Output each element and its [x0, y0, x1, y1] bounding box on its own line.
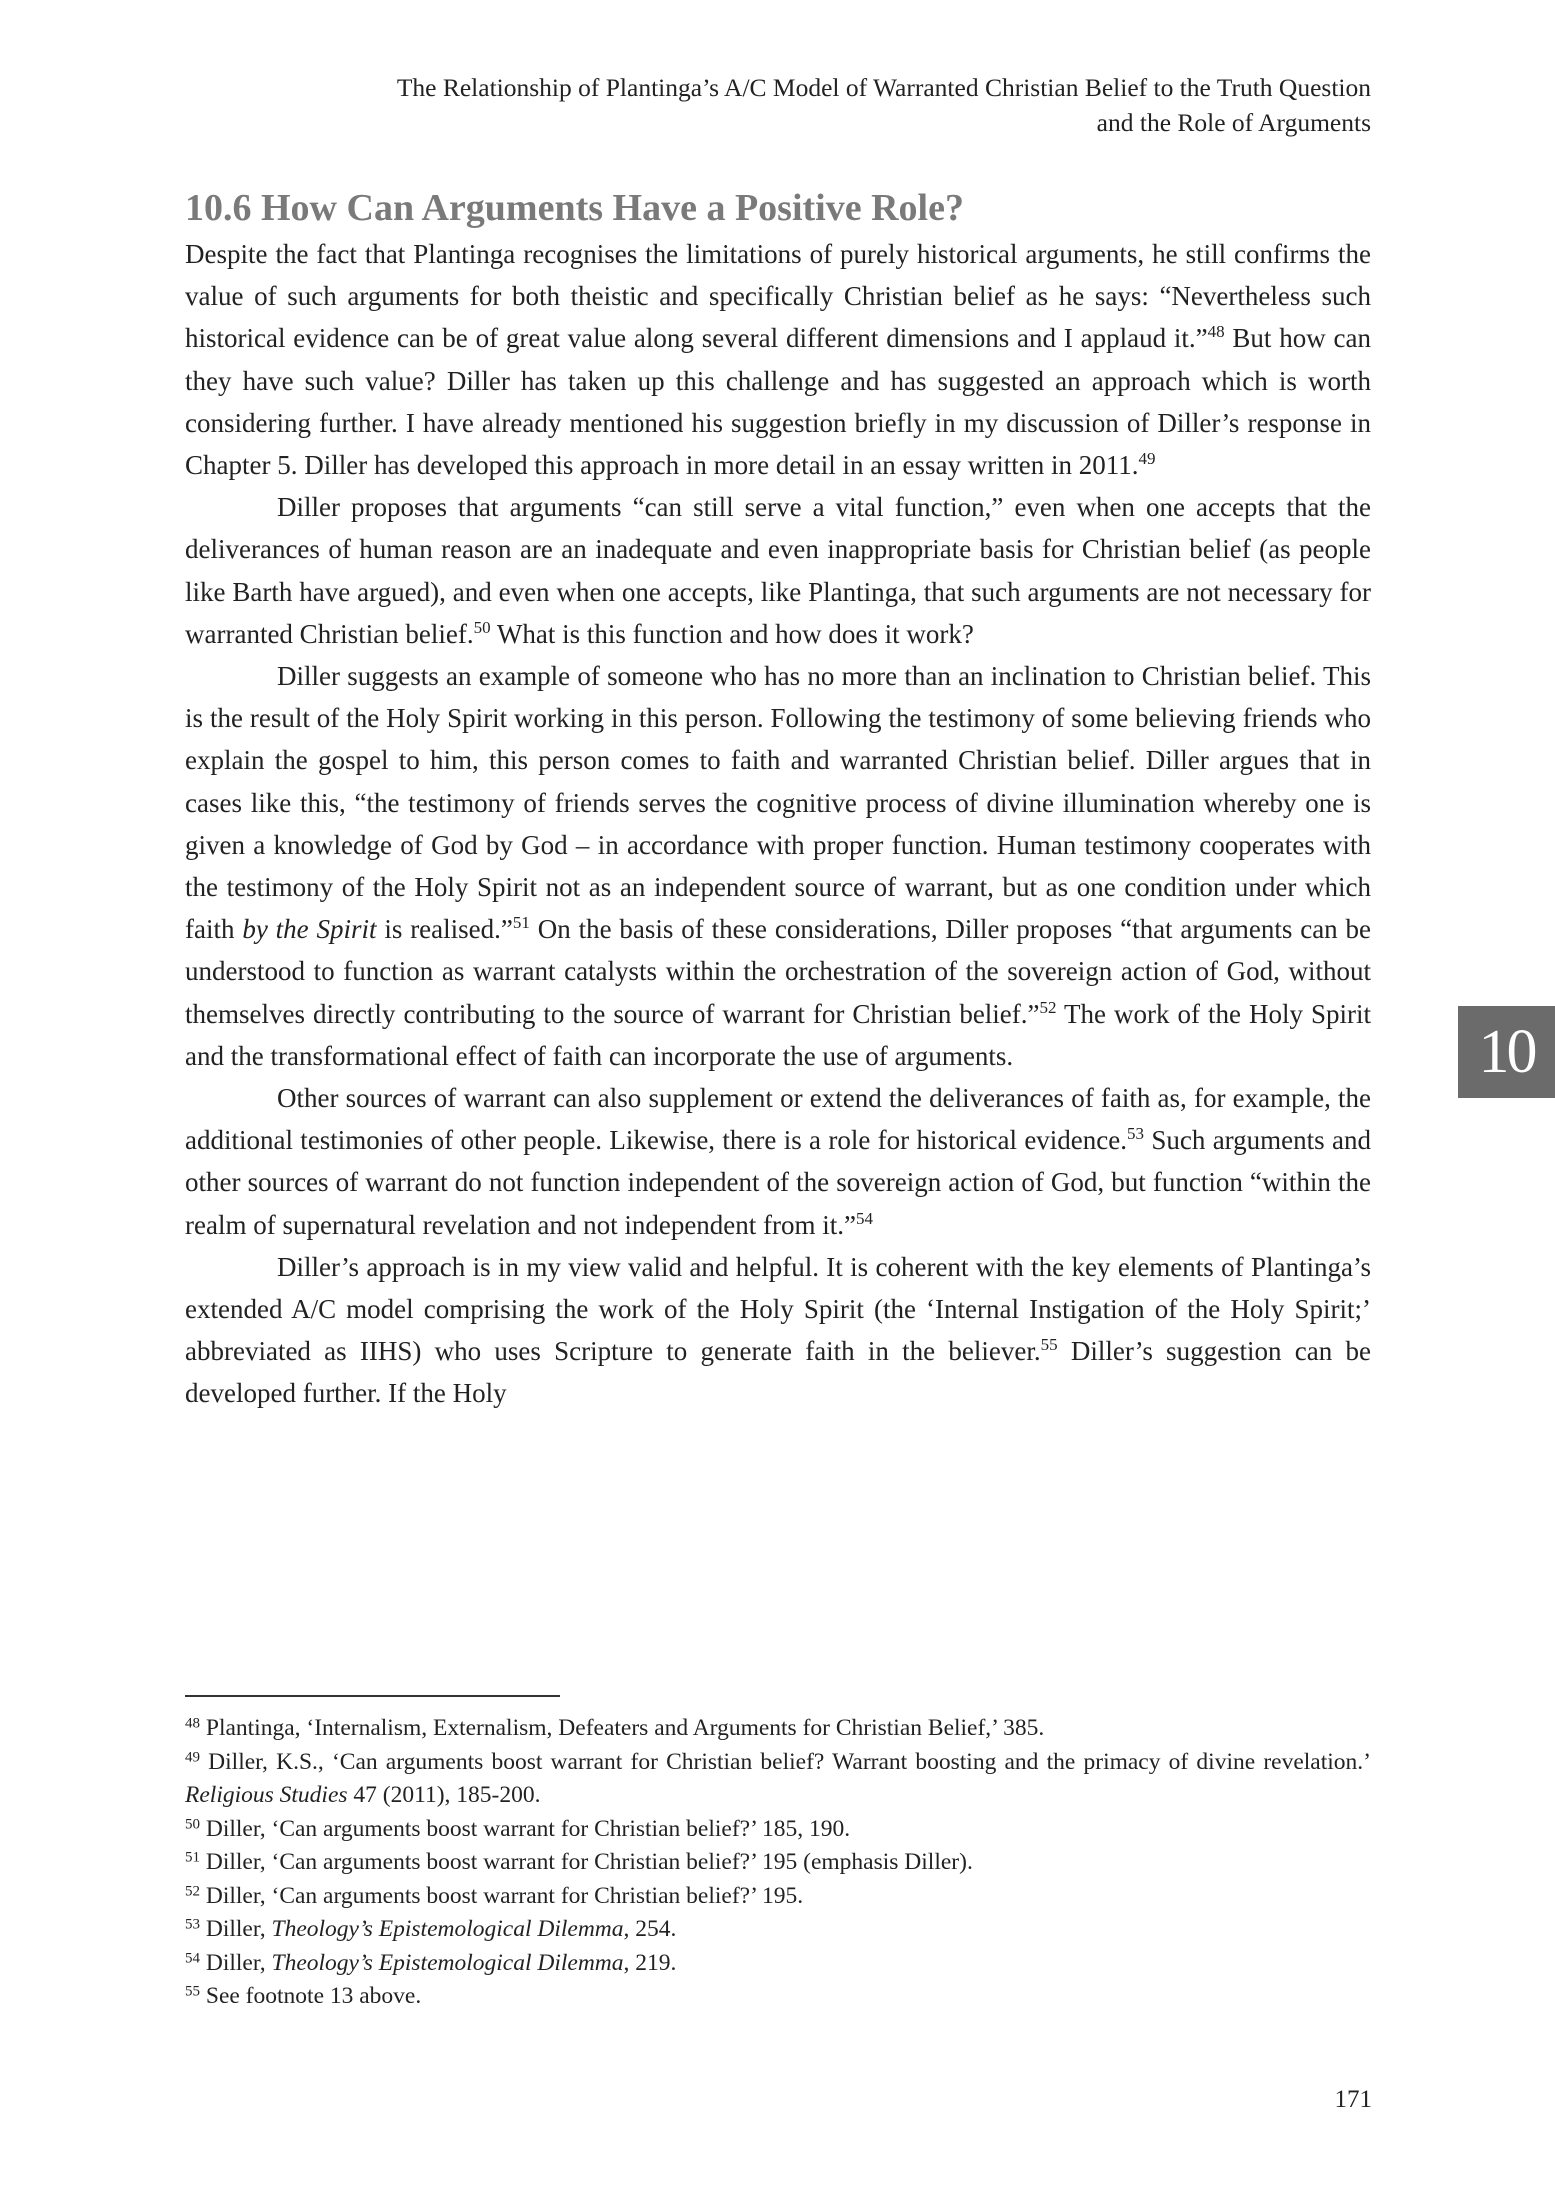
text-run: , 219.: [624, 1950, 677, 1976]
paragraph: Diller suggests an example of someone wh…: [185, 655, 1371, 1077]
italic-text: Theology’s Epistemological Dilemma: [272, 1916, 624, 1942]
footnote-number: 49: [185, 1749, 200, 1765]
text-run: , 254.: [624, 1916, 677, 1942]
footnote-number: 51: [185, 1850, 200, 1866]
document-page: The Relationship of Plantinga’s A/C Mode…: [0, 0, 1555, 2196]
text-run: Diller, ‘Can arguments boost warrant for…: [200, 1849, 973, 1875]
text-run: Diller, ‘Can arguments boost warrant for…: [200, 1816, 850, 1842]
text-run: Diller,: [200, 1950, 272, 1976]
paragraph: Diller proposes that arguments “can stil…: [185, 486, 1371, 655]
body-text: Despite the fact that Plantinga recognis…: [185, 233, 1371, 1415]
footnote-number: 54: [185, 1950, 200, 1966]
footnote-ref[interactable]: 52: [1040, 997, 1057, 1016]
footnote-ref[interactable]: 54: [856, 1208, 873, 1227]
page-number: 171: [1300, 2086, 1372, 2114]
footnote-separator: [185, 1695, 560, 1697]
footnote-number: 55: [185, 1984, 200, 2000]
paragraph: Diller’s approach is in my view valid an…: [185, 1246, 1371, 1415]
section-heading: 10.6 How Can Arguments Have a Positive R…: [185, 183, 1371, 233]
italic-text: Religious Studies: [185, 1782, 348, 1808]
footnote: 55 See footnote 13 above.: [185, 1980, 1371, 2014]
text-run: Diller, ‘Can arguments boost warrant for…: [200, 1883, 803, 1909]
footnote-ref[interactable]: 48: [1208, 322, 1225, 341]
running-header-line-2: and the Role of Arguments: [185, 105, 1371, 140]
footnote: 51 Diller, ‘Can arguments boost warrant …: [185, 1846, 1371, 1880]
text-run: What is this function and how does it wo…: [491, 619, 974, 649]
footnote: 50 Diller, ‘Can arguments boost warrant …: [185, 1813, 1371, 1847]
text-run: Plantinga, ‘Internalism, Externalism, De…: [200, 1715, 1044, 1741]
footnote-ref[interactable]: 55: [1041, 1335, 1058, 1354]
text-run: 47 (2011), 185-200.: [348, 1782, 541, 1808]
footnote: 52 Diller, ‘Can arguments boost warrant …: [185, 1880, 1371, 1914]
paragraph: Other sources of warrant can also supple…: [185, 1077, 1371, 1246]
chapter-tab-number: 10: [1479, 1017, 1535, 1088]
paragraph: Despite the fact that Plantinga recognis…: [185, 233, 1371, 486]
footnote: 49 Diller, K.S., ‘Can arguments boost wa…: [185, 1746, 1371, 1813]
italic-text: Theology’s Epistemological Dilemma: [272, 1950, 624, 1976]
footnote-number: 48: [185, 1716, 200, 1732]
footnote-number: 50: [185, 1816, 200, 1832]
running-header: The Relationship of Plantinga’s A/C Mode…: [185, 70, 1371, 140]
footnote-ref[interactable]: 53: [1127, 1124, 1144, 1143]
footnote: 53 Diller, Theology’s Epistemological Di…: [185, 1913, 1371, 1947]
footnote-number: 53: [185, 1917, 200, 1933]
running-header-line-1: The Relationship of Plantinga’s A/C Mode…: [185, 70, 1371, 105]
footnote-ref[interactable]: 49: [1139, 449, 1156, 468]
text-run: Diller suggests an example of someone wh…: [185, 661, 1371, 944]
footnote: 48 Plantinga, ‘Internalism, Externalism,…: [185, 1712, 1371, 1746]
text-run: See footnote 13 above.: [200, 1983, 421, 2009]
text-run: Diller,: [200, 1916, 272, 1942]
footnote-ref[interactable]: 51: [513, 913, 530, 932]
text-run: Diller, K.S., ‘Can arguments boost warra…: [200, 1749, 1371, 1775]
text-run: is realised.”: [377, 914, 513, 944]
chapter-tab: 10: [1458, 1006, 1555, 1098]
footnotes: 48 Plantinga, ‘Internalism, Externalism,…: [185, 1712, 1371, 2014]
footnote: 54 Diller, Theology’s Epistemological Di…: [185, 1947, 1371, 1981]
footnote-number: 52: [185, 1883, 200, 1899]
text-run: Despite the fact that Plantinga recognis…: [185, 239, 1371, 353]
italic-text: by the Spirit: [242, 914, 376, 944]
footnote-ref[interactable]: 50: [474, 618, 491, 637]
